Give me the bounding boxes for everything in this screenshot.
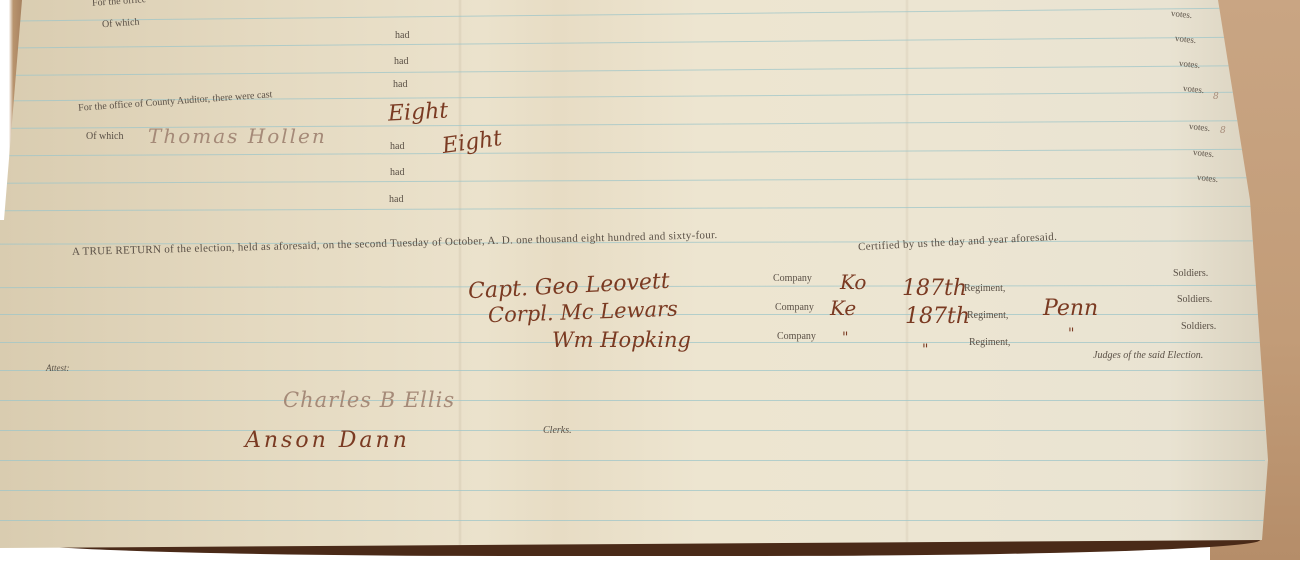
page-fold	[905, 0, 909, 548]
state-ditto: "	[1068, 326, 1074, 342]
rule-line	[0, 206, 1265, 211]
state-handwritten: Penn	[1043, 296, 1098, 321]
rule-line	[0, 149, 1265, 157]
had-label: had	[393, 79, 407, 90]
regiment-label: Regiment,	[967, 310, 1008, 321]
clerks-label: Clerks.	[543, 425, 572, 436]
judges-caption: Judges of the said Election.	[1093, 350, 1203, 361]
had-label: had	[395, 30, 409, 41]
rule-line	[0, 36, 1265, 48]
rule-line	[0, 430, 1265, 431]
votes-label: votes.	[1189, 121, 1211, 133]
certification-text: A TRUE RETURN of the election, held as a…	[72, 229, 718, 258]
votes-label: votes.	[1171, 8, 1193, 20]
regiment-label: Regiment,	[969, 337, 1010, 348]
votes-label: votes.	[1193, 147, 1215, 159]
rule-line	[0, 65, 1265, 76]
rule-line	[0, 490, 1265, 491]
of-which-label: Of which	[86, 131, 124, 142]
votes-label: votes.	[1175, 33, 1197, 45]
margin-tally: 8	[1213, 92, 1219, 102]
rule-line	[0, 370, 1265, 371]
candidate-votes-handwritten: Eight	[441, 126, 504, 159]
rule-line	[0, 177, 1265, 184]
regiment-number-handwritten: 187th	[902, 276, 967, 301]
company-ditto: "	[842, 330, 848, 346]
company-label: Company	[777, 331, 816, 342]
clerk-signature: Anson Dann	[245, 428, 410, 453]
margin-tally: 8	[1220, 126, 1226, 136]
regiment-label: Regiment,	[964, 283, 1005, 294]
had-label: had	[390, 141, 404, 152]
company-label: Company	[773, 273, 812, 284]
auditor-total-handwritten: Eight	[387, 98, 448, 126]
company-value-handwritten: Ke	[830, 296, 856, 320]
regiment-number-handwritten: 187th	[905, 304, 970, 329]
votes-label: votes.	[1179, 58, 1201, 70]
soldiers-label: Soldiers.	[1181, 321, 1216, 332]
rule-line	[0, 460, 1265, 461]
auditor-heading: For the office of County Auditor, there …	[78, 89, 273, 114]
soldiers-label: Soldiers.	[1177, 294, 1212, 305]
company-label: Company	[775, 302, 814, 313]
had-label: had	[389, 194, 403, 205]
of-which-label: Of which	[102, 17, 140, 31]
regiment-ditto: "	[922, 342, 928, 358]
votes-label: votes.	[1183, 83, 1205, 95]
attest-label: Attest:	[46, 363, 70, 373]
had-label: had	[390, 167, 404, 178]
had-label: had	[394, 56, 408, 67]
votes-label: votes.	[1197, 172, 1219, 184]
certified-by-text: Certified by us the day and year aforesa…	[858, 231, 1058, 253]
clerk-signature: Charles B Ellis	[283, 388, 455, 412]
page-fold	[458, 0, 462, 548]
soldiers-label: Soldiers.	[1173, 268, 1208, 279]
rule-line	[0, 520, 1265, 521]
company-value-handwritten: Ko	[840, 270, 866, 294]
rule-line	[0, 7, 1265, 21]
ledger-page: For the office Of which had had had vote…	[0, 0, 1270, 548]
cut-off-heading: For the office	[92, 0, 147, 9]
candidate-name-handwritten: Thomas Hollen	[148, 124, 327, 148]
rule-line	[0, 400, 1265, 401]
judge-name-handwritten: Wm Hopking	[552, 328, 691, 352]
